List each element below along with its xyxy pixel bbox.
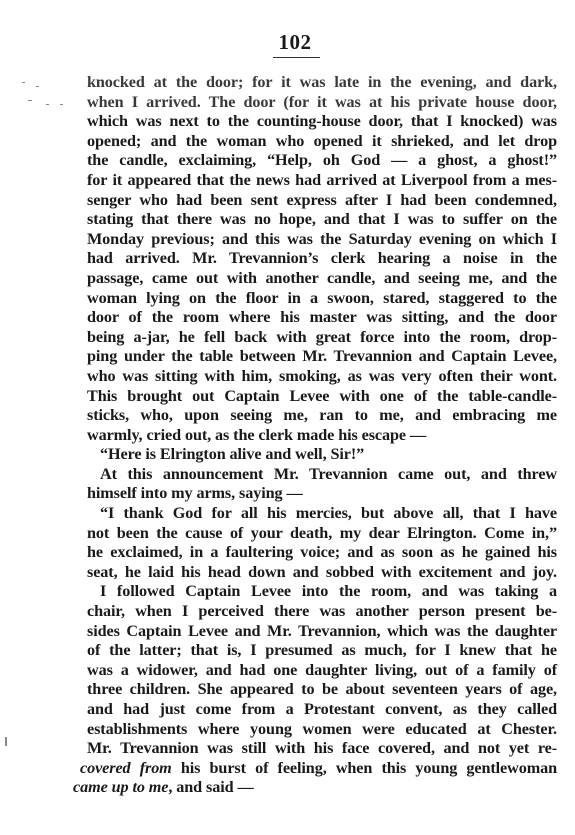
text-line: which was next to the counting-house doo… (87, 112, 557, 132)
scan-speck (46, 104, 49, 105)
text-line: himself into my arms, saying — (87, 484, 557, 504)
text-line: three children. She appeared to be about… (87, 680, 557, 700)
text-line: establishments where young women were ed… (87, 720, 557, 740)
text-line: of the latter; that is, I presumed as mu… (87, 641, 557, 661)
page-number: 102 (270, 30, 320, 55)
text-line: This brought out Captain Levee with one … (87, 387, 557, 407)
scan-speck (60, 104, 63, 105)
text-line: Mr. Trevannion was still with his face c… (87, 739, 557, 759)
italic-run: covered from (80, 759, 172, 777)
scan-speck (36, 86, 39, 87)
text-line: he exclaimed, in a faultering voice; and… (87, 543, 557, 563)
text-line: for it appeared that the news had arrive… (87, 171, 557, 191)
scan-speck (5, 737, 7, 746)
text-line: I followed Captain Levee into the room, … (87, 582, 557, 602)
text-line: “Here is Elrington alive and well, Sir!” (87, 445, 557, 465)
text-line: door of the room where his master was si… (87, 308, 557, 328)
text-run: his burst of feeling, when this young ge… (172, 759, 557, 777)
text-line: Monday previous; and this was the Saturd… (87, 230, 557, 250)
text-line: had arrived. Mr. Trevannion’s clerk hear… (87, 249, 557, 269)
text-line: when I arrived. The door (for it was at … (87, 93, 557, 113)
text-line: was a widower, and had one daughter livi… (87, 661, 557, 681)
page-number-rule (273, 57, 320, 58)
text-line: “I thank God for all his mercies, but ab… (87, 504, 557, 524)
text-line: the candle, exclaiming, “Help, oh God — … (87, 151, 557, 171)
text-line: ping under the table between Mr. Trevann… (87, 347, 557, 367)
text-run: , and said — (168, 778, 253, 796)
text-line: opened; and the woman who opened it shri… (87, 132, 557, 152)
text-line: who was sitting with him, smoking, as wa… (87, 367, 557, 387)
text-line: sides Captain Levee and Mr. Trevannion, … (87, 622, 557, 642)
text-line: chair, when I perceived there was anothe… (87, 602, 557, 622)
text-line: being a-jar, he fell back with great for… (87, 328, 557, 348)
text-line: not been the cause of your death, my dea… (87, 524, 557, 544)
text-line: stating that there was no hope, and that… (87, 210, 557, 230)
text-line: knocked at the door; for it was late in … (87, 73, 557, 93)
text-line: covered from his burst of feeling, when … (80, 759, 557, 779)
scan-speck (28, 100, 32, 101)
text-line: sticks, who, upon seeing me, ran to me, … (87, 406, 557, 426)
text-line: and had just come from a Protestant conv… (87, 700, 557, 720)
text-line: passage, came out with another candle, a… (87, 269, 557, 289)
text-line: warmly, cried out, as the clerk made his… (87, 426, 557, 446)
scan-speck (22, 82, 25, 83)
text-line: seat, he laid his head down and sobbed w… (87, 563, 557, 583)
book-page: 102 knocked at the door; for it was late… (0, 0, 575, 835)
text-line: senger who had been sent express after I… (87, 191, 557, 211)
page-body-text: knocked at the door; for it was late in … (87, 73, 557, 798)
text-line: woman lying on the floor in a swoon, sta… (87, 289, 557, 309)
italic-run: came up to me (73, 778, 168, 796)
text-line: came up to me, and said — (73, 778, 557, 798)
text-line: At this announcement Mr. Trevannion came… (87, 465, 557, 485)
